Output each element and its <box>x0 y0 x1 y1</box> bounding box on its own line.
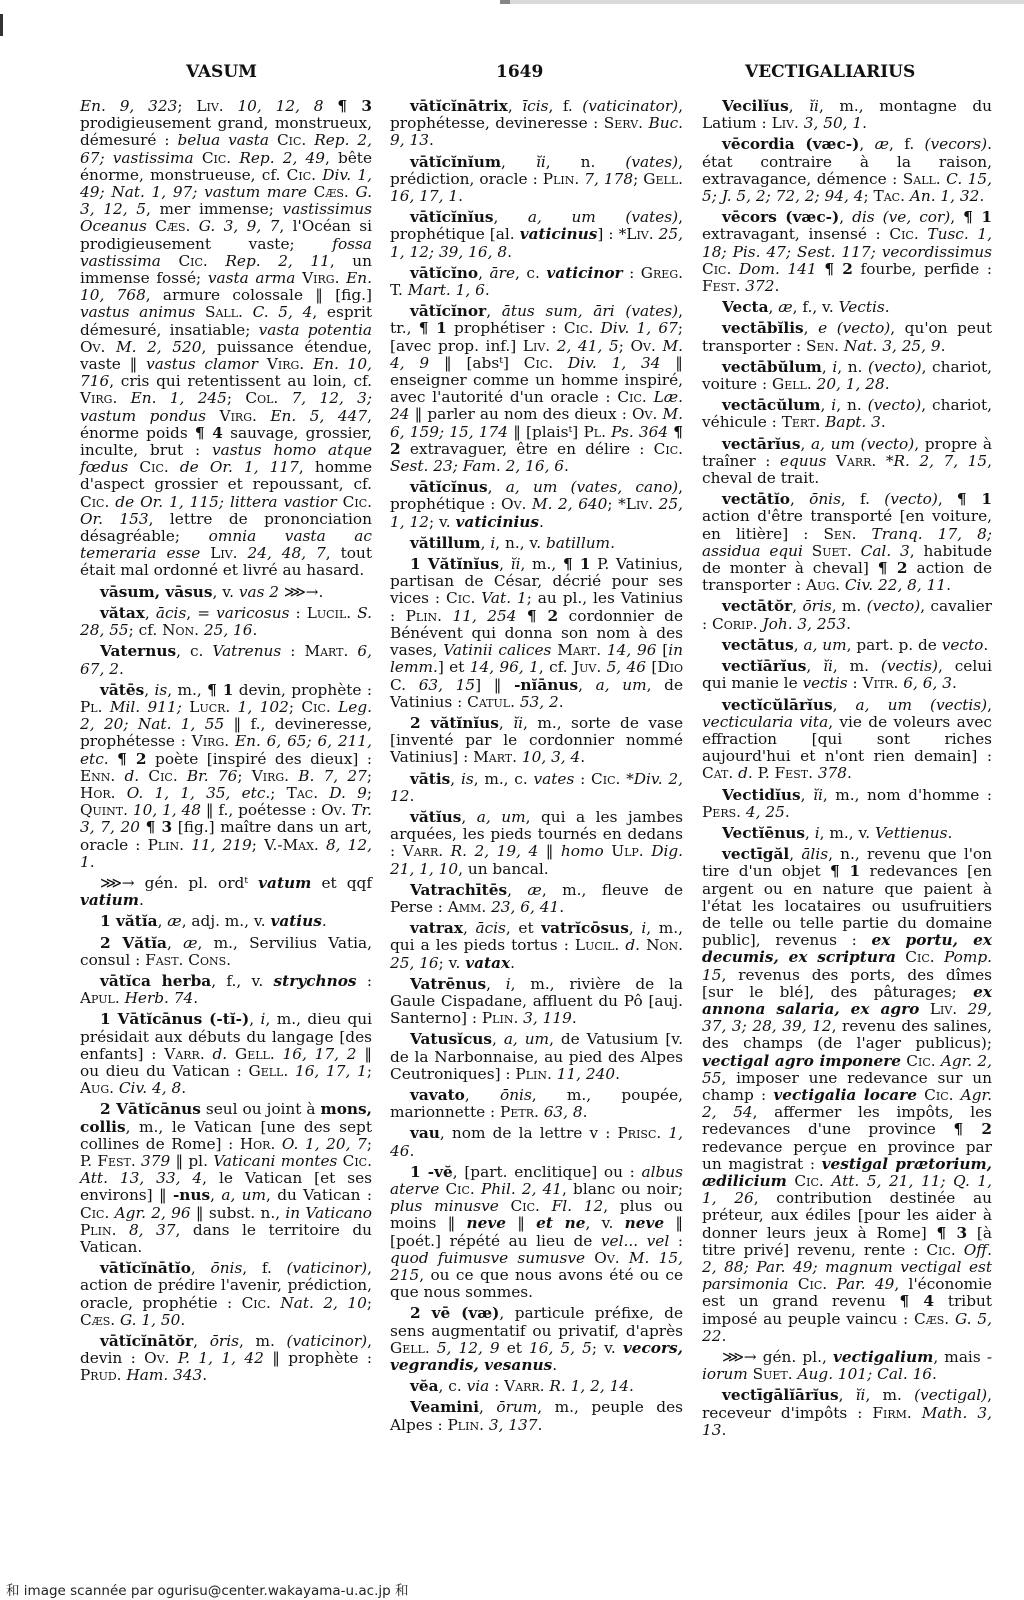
entry-text: 10, 1, 48 <box>133 801 201 819</box>
entry-text: [ <box>656 641 668 659</box>
entry-text: Cic. <box>654 440 683 458</box>
entry-text: ¶ 2 <box>824 260 853 278</box>
entry-text: ; <box>270 784 286 802</box>
entry-text: 4, 25 <box>746 803 785 821</box>
entry-text: vaticinus <box>520 225 598 243</box>
entry-text: 16, 17, 2 <box>283 1045 357 1063</box>
entry-text: Amm. <box>448 898 491 916</box>
entry-text: Virg. <box>302 269 346 287</box>
entry-text: Cal. 3 <box>861 542 910 560</box>
entry-text: , <box>210 1186 221 1204</box>
entry-text: Agr. 2, 96 <box>115 1204 191 1222</box>
entry-headword: vectātĭo <box>722 490 790 508</box>
entry-text: , m. <box>833 657 881 675</box>
entry-text: , m. <box>865 1386 914 1404</box>
entry-text: , du Vatican : <box>266 1186 372 1204</box>
entry-text: , <box>987 696 992 714</box>
entry-headword: vectābŭlum <box>722 358 822 376</box>
dictionary-entry: Vecta, æ, f., v. Vectis. <box>702 299 992 316</box>
entry-text: , <box>486 302 502 320</box>
entry-text: . <box>785 803 790 821</box>
dictionary-entry: ⋙→ gén. pl., vectigalium, mais -iorum Su… <box>702 1349 992 1383</box>
entry-text: , ou ce que nous avons été ou ce que nou… <box>390 1266 683 1301</box>
dictionary-entry: 1 Vātĭcānus (-tĭ-), i, m., dieu qui prés… <box>80 1011 372 1097</box>
entry-text: a, um <box>221 1186 266 1204</box>
entry-text: , <box>806 657 823 675</box>
entry-text: Ps. 364 <box>611 423 668 441</box>
entry-text: -nus <box>173 1186 210 1204</box>
entry-text: . <box>979 187 984 205</box>
entry-text: 3, 137 <box>489 1416 538 1434</box>
entry-text: . <box>485 281 490 299</box>
entry-text: ¶ 3 <box>146 818 173 836</box>
entry-text: . <box>507 243 512 261</box>
entry-text: , <box>461 808 476 826</box>
entry-text: neve <box>466 1214 505 1232</box>
running-head: VASUM 1649 VECTIGALIARIUS <box>0 62 1024 86</box>
entry-text: , nom de la lettre v : <box>440 1124 618 1142</box>
entry-text: : <box>574 770 591 788</box>
entry-headword: vavato <box>410 1086 465 1104</box>
entry-text: . <box>139 891 144 909</box>
entry-text: Nat. 2, 10 <box>280 1294 366 1312</box>
entry-text: . <box>253 621 258 639</box>
entry-text: Gell. <box>643 170 683 188</box>
entry-text: vaticinor <box>546 264 622 282</box>
entry-text: Hor. <box>240 1135 282 1153</box>
dictionary-entry: vātēs, is, m., ¶ 1 devin, prophète : Pl.… <box>80 682 372 871</box>
entry-text: , f. <box>889 135 925 153</box>
entry-text: . <box>181 1079 186 1097</box>
entry-text: vecto <box>942 636 984 654</box>
entry-text: vatrĭcōsus <box>541 919 629 937</box>
entry-text: Cic. <box>139 458 179 476</box>
entry-text: ; v. <box>592 1339 623 1357</box>
dictionary-entry: vătĭus, a, um, qui a les jambes arquées,… <box>390 809 683 878</box>
entry-text: a, um <box>477 808 526 826</box>
entry-text: , m., <box>520 555 562 573</box>
entry-text: , <box>578 676 596 694</box>
entry-text: ōnis <box>210 1259 242 1277</box>
entry-text: ¶ 1 <box>957 490 992 508</box>
entry-text: Liv. <box>772 114 804 132</box>
entry-text: in Vaticano <box>285 1204 372 1222</box>
entry-text: ĭi <box>813 786 823 804</box>
entry-text: 16, 17, 1 <box>390 187 458 205</box>
entry-text: , revenus des ports, des dîmes [sur le b… <box>702 966 992 1001</box>
entry-text: . <box>885 298 890 316</box>
entry-text: . <box>846 615 851 633</box>
entry-text: Tac. <box>287 784 330 802</box>
entry-text: Liv. <box>930 1000 968 1018</box>
entry-text: . <box>629 1377 634 1395</box>
entry-text: is <box>154 681 167 699</box>
entry-text: Fl. 12 <box>552 1197 604 1215</box>
entry-text: æ <box>527 881 541 899</box>
entry-text: Cæs. <box>914 1310 955 1328</box>
entry-text: ¶ 3 <box>937 1224 968 1242</box>
entry-text: V.-Max. <box>264 836 326 854</box>
entry-text: , n. <box>837 358 868 376</box>
entry-text: : <box>848 674 863 692</box>
entry-text: (vaticinator) <box>582 97 678 115</box>
entry-text: ¶ 1 <box>830 862 860 880</box>
entry-text: 14, 96, 1 <box>470 658 539 676</box>
dictionary-entry: vătillum, i, n., v. batillum. <box>390 535 683 552</box>
entry-text: , m., c. <box>474 770 534 788</box>
dictionary-entry: Vecilĭus, ĭi, m., montagne du Latium : L… <box>702 98 992 132</box>
entry-text: ¶ 1 <box>563 555 591 573</box>
entry-text: (vecors) <box>925 135 988 153</box>
entry-text: , cris qui retentissent au loin, cf. <box>109 372 372 390</box>
entry-text: . <box>721 1327 726 1345</box>
entry-headword: vectīgālĭārĭus <box>722 1386 839 1404</box>
entry-text: 53, 2 <box>520 693 559 711</box>
entry-text: 25, 16 <box>204 621 253 639</box>
entry-text <box>200 544 210 562</box>
entry-text <box>227 1045 235 1063</box>
entry-text: . <box>458 187 463 205</box>
entry-text: vatium <box>80 891 139 909</box>
entry-text: Cic. <box>301 698 338 716</box>
entry-text: Juv. <box>573 658 607 676</box>
entry-text: ; <box>863 187 873 205</box>
dictionary-entry: Vatrachītēs, æ, m., fleuve de Perse : Am… <box>390 882 683 916</box>
entry-headword: vātĭcĭno <box>410 264 478 282</box>
entry-text: , <box>488 478 506 496</box>
entry-text: 23, 6, 41 <box>491 898 559 916</box>
dictionary-entry: vectātŏr, ōris, m. (vecto), cavalier : C… <box>702 598 992 632</box>
entry-text: devin, prophète : <box>233 681 372 699</box>
entry-text: Serv. <box>604 114 649 132</box>
entry-headword: Vecilĭus <box>722 97 789 115</box>
dictionary-entry: vēcors (væc-), dis (ve, cor), ¶ 1 extrav… <box>702 209 992 295</box>
dictionary-entry: vātĭcĭnus, a, um (vates, cano), prophéti… <box>390 479 683 531</box>
entry-text: . <box>580 748 585 766</box>
entry-text: , <box>167 934 183 952</box>
entry-text: ‖ parler au nom des dieux : <box>409 405 632 423</box>
entry-text: , <box>249 1010 260 1028</box>
entry-text: Ov. <box>144 1349 178 1367</box>
entry-text: Cic. <box>591 770 626 788</box>
entry-text: Sen. <box>823 525 871 543</box>
entry-headword: vătax <box>100 604 145 622</box>
entry-text: (vecto) <box>867 597 921 615</box>
entry-text: 378 <box>818 764 847 782</box>
entry-text: . <box>559 898 564 916</box>
entry-text: Cic. <box>906 1052 941 1070</box>
entry-text: Cic. <box>287 166 323 184</box>
entry-text: Cic. <box>148 767 187 785</box>
entry-text: . <box>583 1103 588 1121</box>
entry-headword: vectābĭlis <box>722 319 804 337</box>
entry-text <box>161 252 179 270</box>
entry-text: Mart. <box>304 642 357 660</box>
entry-text: et <box>500 1339 529 1357</box>
entry-text: R. 2, 19, 4 <box>451 842 539 860</box>
dictionary-entry: Vectidĭus, ĭi, m., nom d'homme : Pers. 4… <box>702 787 992 821</box>
entry-text: ¶ 1 <box>963 208 992 226</box>
entry-text: , <box>158 912 168 930</box>
entry-text: Plin. <box>80 1221 129 1239</box>
entry-text: prophétiser : <box>447 319 564 337</box>
entry-text: . <box>539 513 544 531</box>
entry-text: . <box>409 787 414 805</box>
entry-text: d. <box>625 936 640 954</box>
dictionary-entry: vectātĭo, ōnis, f. (vecto), ¶ 1 action d… <box>702 491 992 594</box>
entry-text: a, um (vates) <box>528 208 678 226</box>
entry-text: Aug. 101; Cal. 16 <box>798 1365 933 1383</box>
dictionary-entry: vectābĭlis, e (vecto), qu'on peut transp… <box>702 320 992 354</box>
entry-text: vastus animus <box>80 303 195 321</box>
entry-text: Vatinii calices <box>443 641 551 659</box>
entry-text: (vecto) <box>884 490 938 508</box>
entry-text: ¶ 1 <box>207 681 233 699</box>
entry-text: Herb. 74 <box>125 989 194 1007</box>
column-left: En. 9, 323; Liv. 10, 12, 8 ¶ 3 prodigieu… <box>80 98 372 1389</box>
dictionary-entry: vēcordia (væc-), æ, f. (vecors). état co… <box>702 136 992 205</box>
entry-text: ; <box>252 836 264 854</box>
entry-headword: 2 Vātĭcānus <box>100 1100 201 1118</box>
entry-text: Sest. 23; Fam. 2, 16, 6 <box>390 457 564 475</box>
entry-text: 5, 12, 9 <box>437 1339 500 1357</box>
entry-text: Sen. <box>806 337 844 355</box>
entry-text: , n. <box>836 396 867 414</box>
entry-text: ōrum <box>496 1398 537 1416</box>
entry-text: plus minusve <box>390 1197 499 1215</box>
entry-text: et ne <box>536 1214 585 1232</box>
entry-text: An. 1, 32 <box>910 187 980 205</box>
entry-text: , <box>507 881 527 899</box>
dictionary-entry: vātĭcĭno, āre, c. vaticinor : Greg. T. M… <box>390 265 683 299</box>
entry-text: Plin. <box>543 170 584 188</box>
entry-text: Cæs. <box>155 217 199 235</box>
entry-headword: vectārĭus <box>722 435 801 453</box>
entry-text: 1, 102 <box>238 698 289 716</box>
entry-text: . <box>615 1065 620 1083</box>
entry-text: Virg. <box>80 389 131 407</box>
dictionary-entry: vātĭcĭnĭum, ĭi, n. (vates), prédiction, … <box>390 154 683 206</box>
entry-text: Cic. <box>445 1180 480 1198</box>
entry-text: . <box>946 576 951 594</box>
entry-text: : <box>289 604 306 622</box>
entry-text: 16, 5, 5 <box>529 1339 592 1357</box>
entry-headword: 1 vătĭa <box>100 912 158 930</box>
entry-text: Cic. <box>80 493 115 511</box>
entry-text: , v. <box>213 583 239 601</box>
entry-text: , [part. enclitique] ou : <box>453 1163 642 1181</box>
entry-headword: Vatrēnus <box>410 975 486 993</box>
entry-text: ¶ 2 <box>117 750 146 768</box>
dictionary-entry: vāsum, vāsus, v. vas 2 ⋙→. <box>80 584 372 601</box>
entry-text: a, um <box>803 636 846 654</box>
dictionary-entry: vătax, ācis, = varicosus : Lucil. S. 28,… <box>80 605 372 639</box>
entry-text: 5, 46 <box>607 658 646 676</box>
entry-text: Cat. <box>702 764 738 782</box>
entry-text: Lucr. <box>189 698 237 716</box>
entry-text: . <box>409 1142 414 1160</box>
entry-text: Plin. <box>448 1416 489 1434</box>
entry-text: varicosus <box>216 604 289 622</box>
entry-headword: vātĭca herba <box>100 972 211 990</box>
entry-headword: vātĭcĭnātĭo <box>100 1259 191 1277</box>
entry-text: . <box>721 1421 726 1439</box>
dictionary-entry: vātĭcĭnātŏr, ōris, m. (vaticinor), devin… <box>80 1333 372 1385</box>
entry-text: ] et <box>438 658 470 676</box>
entry-text: Cic. <box>889 225 927 243</box>
entry-headword: vătĭus <box>410 808 461 826</box>
entry-text: , mais <box>933 1348 987 1366</box>
entry-text: Virg. <box>220 407 271 425</box>
entry-text: . <box>552 1356 557 1374</box>
entry-text: Cic. <box>343 493 372 511</box>
entry-text: ĭi <box>536 153 546 171</box>
scan-edge-artifact <box>500 0 1024 4</box>
entry-text: Varr. <box>164 1045 212 1063</box>
entry-text: ĭi <box>856 1386 866 1404</box>
entry-text: , f., v. <box>211 972 273 990</box>
entry-text: R. 1, 2, 14 <box>549 1377 629 1395</box>
dictionary-entry: vatrax, ācis, et vatrĭcōsus, i, m., qui … <box>390 920 683 972</box>
entry-text: , <box>492 1030 504 1048</box>
entry-text: ātus sum, āri (vates) <box>502 302 678 320</box>
entry-text: , mer immense; <box>146 200 283 218</box>
entry-text: equus <box>780 452 826 470</box>
entry-text: (vecto) <box>868 396 922 414</box>
entry-text: Cic. <box>343 1152 372 1170</box>
entry-headword: Vectĭēnus <box>722 824 805 842</box>
entry-text: Gell. <box>390 1339 437 1357</box>
dictionary-entry: 2 Vătĭa, æ, m., Servilius Vatia, consul … <box>80 935 372 969</box>
entry-text: Virg. <box>252 767 299 785</box>
entry-text: P. Fest. <box>758 764 818 782</box>
dictionary-entry: vectācŭlum, i, n. (vecto), chariot, véhi… <box>702 397 992 431</box>
entry-headword: Vecta <box>722 298 769 316</box>
entry-text: . <box>610 534 615 552</box>
dictionary-entry: Vatrēnus, i, m., rivière de la Gaule Cis… <box>390 976 683 1028</box>
entry-headword: vectācŭlum <box>722 396 820 414</box>
entry-text: Non. <box>646 936 683 954</box>
entry-text: , <box>805 824 815 842</box>
entry-text: Cic. <box>905 948 944 966</box>
entry-text: Att. 13, 33, 4 <box>80 1169 202 1187</box>
entry-text: Civ. 4, 8 <box>119 1079 181 1097</box>
entry-text: vasta arma <box>208 269 296 287</box>
entry-text: de Or. 1, 115; littera vastior <box>115 493 336 511</box>
entry-text: . <box>559 693 564 711</box>
entry-text: , <box>820 396 831 414</box>
entry-text <box>195 303 205 321</box>
entry-text: G. 3, 9, 7 <box>199 217 280 235</box>
entry-text: Cic. <box>564 319 601 337</box>
entry-text: , m., v. <box>820 824 875 842</box>
entry-text: , armure colossale ‖ [fig.] <box>146 286 372 304</box>
entry-text: . <box>932 1365 937 1383</box>
entry-text: , un bancal. <box>458 860 549 878</box>
entry-headword: 1 Vātĭcānus (-tĭ-) <box>100 1010 249 1028</box>
entry-text: 6, 6, 3 <box>903 674 952 692</box>
entry-text: En. 1, 245 <box>131 389 227 407</box>
entry-text: C. 5, 4 <box>253 303 313 321</box>
entry-text: P. Fest. <box>80 1152 141 1170</box>
dictionary-entry: vectārĭus, a, um (vecto), propre à traîn… <box>702 436 992 488</box>
entry-text: dis (ve, cor) <box>852 208 950 226</box>
entry-text <box>826 452 836 470</box>
entry-text: 372 <box>745 277 774 295</box>
entry-text <box>803 542 812 560</box>
entry-text: , <box>501 153 536 171</box>
entry-text: ¶ 1 <box>419 319 447 337</box>
entry-text: , v. <box>586 1214 625 1232</box>
entry-text: . <box>564 457 569 475</box>
entry-text: Cic. <box>242 1294 281 1312</box>
entry-text: Fast. Cons. <box>145 951 231 969</box>
entry-text: Cic. <box>202 149 240 167</box>
dictionary-entry: vectĭcŭlārĭus, a, um (vectis), vecticula… <box>702 697 992 783</box>
entry-text: . <box>180 1311 185 1329</box>
entry-text: , <box>859 135 874 153</box>
entry-text: neve <box>625 1214 664 1232</box>
entry-text: . <box>572 1009 577 1027</box>
entry-text: Civ. 22, 8, 11 <box>845 576 946 594</box>
entry-text: Non. <box>162 621 204 639</box>
entry-text: et qqf <box>311 874 372 892</box>
entry-text: Cæs. <box>314 183 356 201</box>
entry-text: a, um (vates, cano) <box>506 478 678 496</box>
entry-text: . <box>952 674 957 692</box>
entry-text <box>258 355 267 373</box>
entry-text: M. 2, 640 <box>532 495 607 513</box>
entry-text: Par. 49 <box>836 1275 894 1293</box>
entry-text: Cic. <box>702 260 739 278</box>
entry-text: Vettienus <box>875 824 948 842</box>
dictionary-entry: 1 -vĕ, [part. enclitique] ou : albus ate… <box>390 1164 683 1302</box>
entry-text: ; <box>633 170 643 188</box>
entry-text: Liv. <box>523 337 557 355</box>
entry-text: Col. <box>245 389 291 407</box>
entry-text <box>269 131 277 149</box>
entry-text: , <box>508 97 522 115</box>
entry-text: . <box>537 1416 542 1434</box>
entry-text: , <box>145 604 156 622</box>
entry-text: Vat. 1 <box>481 589 526 607</box>
entry-text: Vaticani montes <box>213 1152 337 1170</box>
entry-text: ‖ <box>538 842 561 860</box>
entry-text: ĭi <box>513 714 523 732</box>
entry-headword: Veamini <box>410 1398 479 1416</box>
entry-text: a, um <box>504 1030 549 1048</box>
entry-text: ; <box>367 1294 372 1312</box>
entry-text: via <box>467 1377 490 1395</box>
entry-text: ‖ [absᵗ] <box>429 354 524 372</box>
entry-text: ] : * <box>597 225 626 243</box>
entry-text: vatius <box>270 912 321 930</box>
dictionary-entry: vau, nom de la lettre v : Prisc. 1, 46. <box>390 1125 683 1159</box>
entry-text: vatax <box>465 954 510 972</box>
entry-text: . <box>193 989 198 1007</box>
entry-text: vas 2 <box>239 583 279 601</box>
entry-text <box>194 149 202 167</box>
entry-text: Pl. <box>583 423 611 441</box>
entry-text: Ov. <box>80 338 116 356</box>
entry-text: vatum <box>258 874 311 892</box>
entry-text: , c. <box>439 1377 467 1395</box>
entry-text: æ <box>183 934 197 952</box>
entry-text: 63, 15 <box>419 676 475 694</box>
entry-text: Gell. <box>249 1062 295 1080</box>
entry-headword: vectīgăl <box>722 845 789 863</box>
entry-text: ; v. <box>429 513 456 531</box>
